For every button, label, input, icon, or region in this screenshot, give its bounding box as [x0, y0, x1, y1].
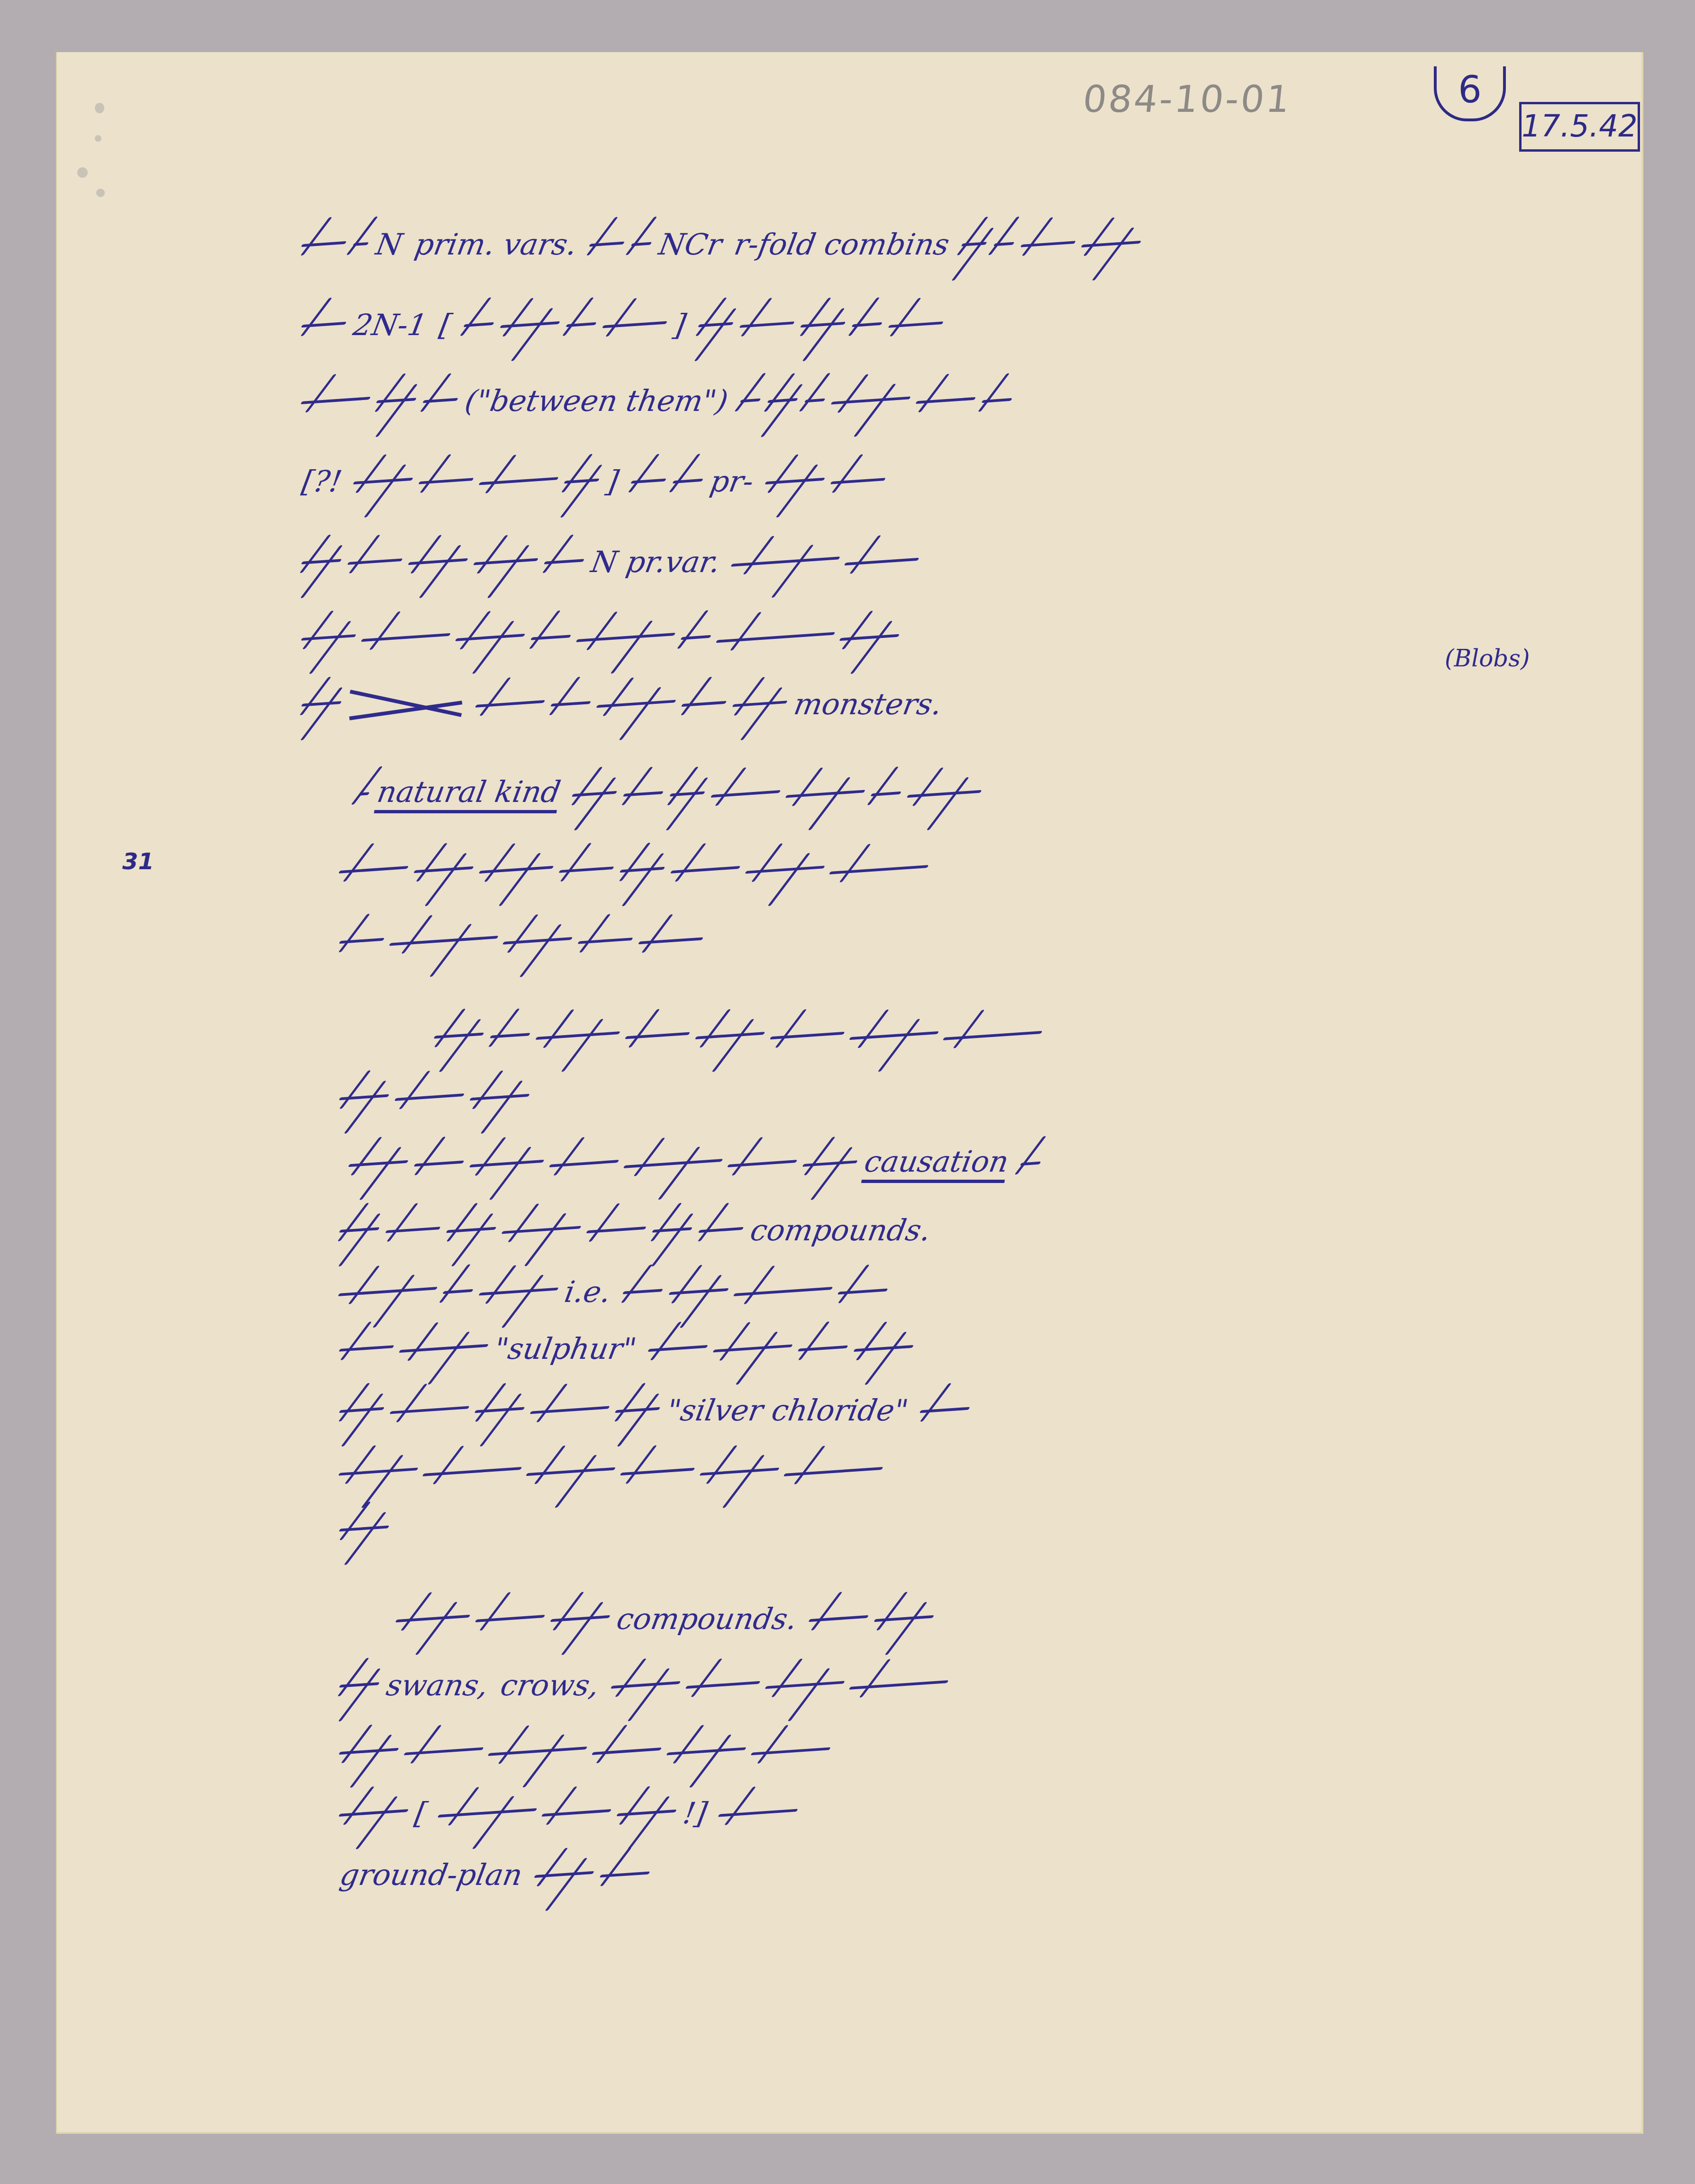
manuscript-line: "silver chloride" — [340, 1374, 977, 1446]
longhand-text: ground-plan — [337, 1857, 525, 1892]
manuscript-line: swans, crows, — [340, 1649, 955, 1720]
manuscript-line: N pr.var. — [302, 526, 926, 597]
longhand-text: compounds. — [614, 1602, 800, 1636]
manuscript-line: "sulphur" — [340, 1313, 920, 1384]
longhand-text: prim. vars. — [412, 227, 580, 262]
punch-hole — [96, 189, 105, 197]
longhand-text: natural kind — [374, 774, 563, 813]
manuscript-line: compounds. — [397, 1583, 941, 1654]
manuscript-line: natural kind — [359, 758, 988, 829]
longhand-text: N — [374, 227, 405, 262]
longhand-text: monsters. — [792, 687, 945, 721]
longhand-text: [ — [412, 1796, 430, 1830]
manuscript-line: 2N-1 [ ] — [302, 289, 950, 360]
manuscript-line — [340, 905, 710, 976]
longhand-text: "sulphur" — [492, 1331, 639, 1366]
longhand-text: crows, — [498, 1668, 602, 1702]
manuscript-line: compounds. — [340, 1194, 944, 1265]
manuscript-line: monsters. — [302, 668, 955, 739]
longhand-text: pr- — [707, 464, 756, 499]
punch-hole — [95, 135, 101, 142]
margin-number: 31 — [122, 848, 154, 875]
crossed-out-text — [349, 682, 463, 725]
manuscript-line — [302, 602, 906, 673]
manuscript-line: causation — [350, 1128, 1048, 1199]
manuscript-line — [340, 1436, 889, 1507]
manuscript-line — [340, 1716, 837, 1787]
longhand-text: causation — [861, 1144, 1012, 1183]
longhand-text: !] — [681, 1796, 710, 1830]
longhand-text: [ — [437, 308, 455, 342]
longhand-text: ] — [604, 464, 621, 499]
manuscript-line: ground-plan — [340, 1839, 657, 1910]
longhand-text: r-fold combins — [732, 227, 952, 262]
longhand-text: ] — [671, 308, 689, 342]
longhand-text: compounds. — [748, 1213, 934, 1247]
manuscript-line: [ !] — [340, 1777, 804, 1848]
punch-hole — [95, 103, 104, 113]
manuscript-line: ("between them") — [302, 365, 1020, 436]
longhand-text: NCr — [656, 227, 724, 262]
manuscript-line — [340, 834, 935, 905]
archive-id: 084-10-01 — [1081, 78, 1294, 121]
manuscript-line: [?! ] pr- — [302, 446, 893, 517]
date-stamp: 17.5.42 — [1519, 102, 1640, 152]
longhand-text: swans, — [384, 1668, 491, 1702]
manuscript-page: N prim. vars. NCr r-fold combins 2N-1 [ … — [56, 52, 1643, 2134]
manuscript-line — [435, 1000, 1048, 1071]
manuscript-line — [340, 1062, 537, 1133]
manuscript-line — [340, 1493, 396, 1564]
longhand-text: ("between them") — [463, 383, 731, 418]
margin-annotation: (Blobs) — [1445, 645, 1530, 672]
longhand-text: [?! — [300, 464, 345, 499]
longhand-text: 2N-1 — [351, 308, 430, 342]
punch-hole — [77, 167, 88, 178]
longhand-text: "silver chloride" — [665, 1393, 911, 1428]
longhand-text: i.e. — [562, 1274, 614, 1309]
manuscript-line: N prim. vars. NCr r-fold combins — [302, 209, 1148, 280]
longhand-text: N pr.var. — [589, 545, 723, 579]
